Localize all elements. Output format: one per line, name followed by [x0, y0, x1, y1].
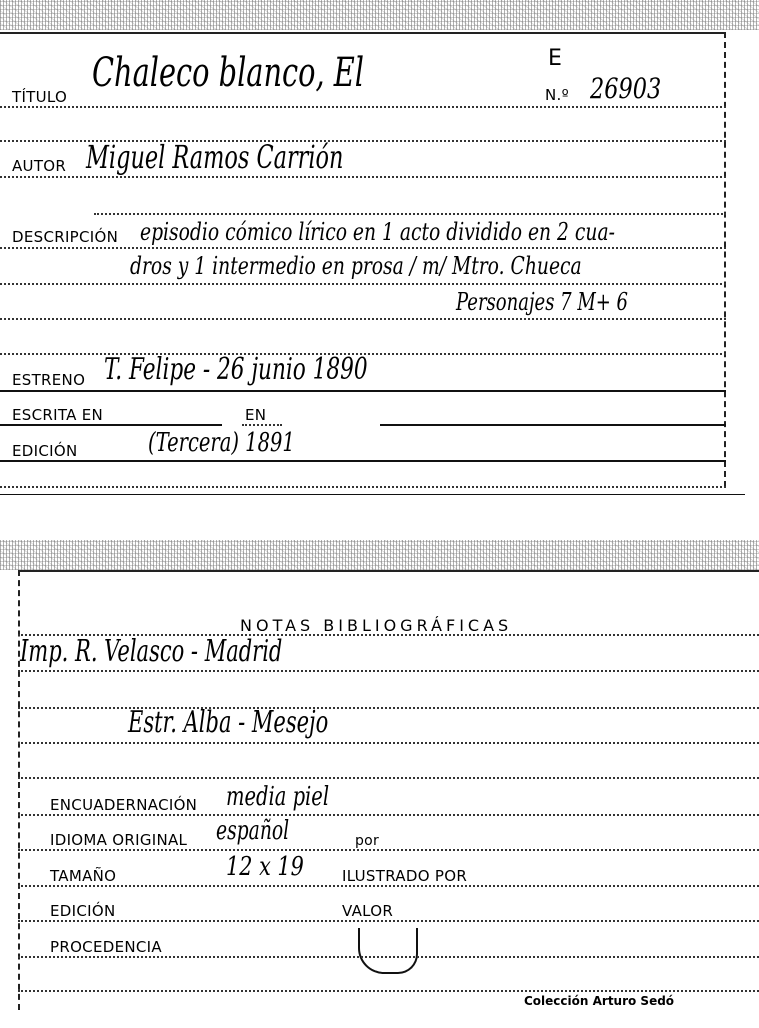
rule — [0, 176, 726, 178]
rule — [18, 849, 759, 851]
numero-value: 26903 — [590, 72, 661, 105]
titulo-value: Chaleco blanco, El — [92, 50, 364, 96]
idioma-original-value: español — [216, 816, 289, 846]
por-label: por — [355, 833, 379, 849]
autor-value: Miguel Ramos Carrión — [86, 138, 343, 176]
ink-mark — [358, 928, 418, 974]
card-top-border — [0, 32, 726, 34]
collection-credit: Colección Arturo Sedó — [524, 994, 674, 1008]
rule — [0, 106, 726, 108]
scan-noise-bottom — [0, 540, 759, 570]
rule — [0, 247, 726, 249]
rule — [0, 283, 726, 285]
edicion-label: EDICIÓN — [50, 902, 115, 920]
titulo-label: TÍTULO — [12, 88, 67, 106]
card-right-border — [724, 32, 726, 487]
rule — [0, 318, 726, 320]
idioma-original-label: IDIOMA ORIGINAL — [50, 831, 187, 849]
scan-noise-top — [0, 0, 759, 30]
classification-mark: E — [548, 46, 562, 71]
en-label: EN — [245, 406, 266, 424]
rule — [380, 424, 726, 426]
rule — [242, 424, 282, 426]
descripcion-line-3: Personajes 7 M+ 6 — [456, 288, 628, 316]
escrita-en-label: ESCRITA EN — [12, 406, 103, 424]
autor-label: AUTOR — [12, 157, 66, 175]
rule — [18, 777, 759, 779]
notas-bibliograficas-heading: NOTAS BIBLIOGRÁFICAS — [240, 616, 512, 635]
rule — [18, 670, 759, 672]
rule — [18, 885, 759, 887]
procedencia-label: PROCEDENCIA — [50, 938, 162, 956]
rule — [0, 424, 222, 426]
rule — [0, 390, 726, 392]
ilustrado-por-label: ILUSTRADO POR — [342, 867, 467, 885]
rule — [0, 460, 726, 462]
card-bottom-border — [0, 486, 726, 488]
note-line-2: Estr. Alba - Mesejo — [128, 705, 328, 740]
note-line-1: Imp. R. Velasco - Madrid — [20, 634, 282, 669]
tamano-value: 12 x 19 — [226, 852, 304, 882]
rule — [18, 920, 759, 922]
tamano-label: TAMAÑO — [50, 867, 116, 885]
rule — [18, 814, 759, 816]
estreno-value: T. Felipe - 26 junio 1890 — [104, 352, 368, 387]
descripcion-label: DESCRIPCIÓN — [12, 228, 118, 246]
estreno-label: ESTRENO — [12, 371, 85, 389]
rule — [18, 742, 759, 744]
encuadernacion-value: media piel — [226, 782, 329, 812]
card-separator — [0, 494, 745, 495]
descripcion-line-1: episodio cómico lírico en 1 acto dividid… — [140, 218, 615, 246]
edicion-label: EDICIÓN — [12, 442, 77, 460]
descripcion-line-2: dros y 1 intermedio en prosa / m/ Mtro. … — [130, 252, 582, 280]
valor-label: VALOR — [342, 902, 393, 920]
numero-label: N.º — [545, 86, 569, 104]
encuadernacion-label: ENCUADERNACIÓN — [50, 796, 197, 814]
card-top-border — [18, 570, 759, 572]
rule — [18, 956, 759, 958]
rule — [94, 213, 726, 215]
edicion-value: (Tercera) 1891 — [148, 428, 295, 458]
rule — [18, 990, 759, 992]
